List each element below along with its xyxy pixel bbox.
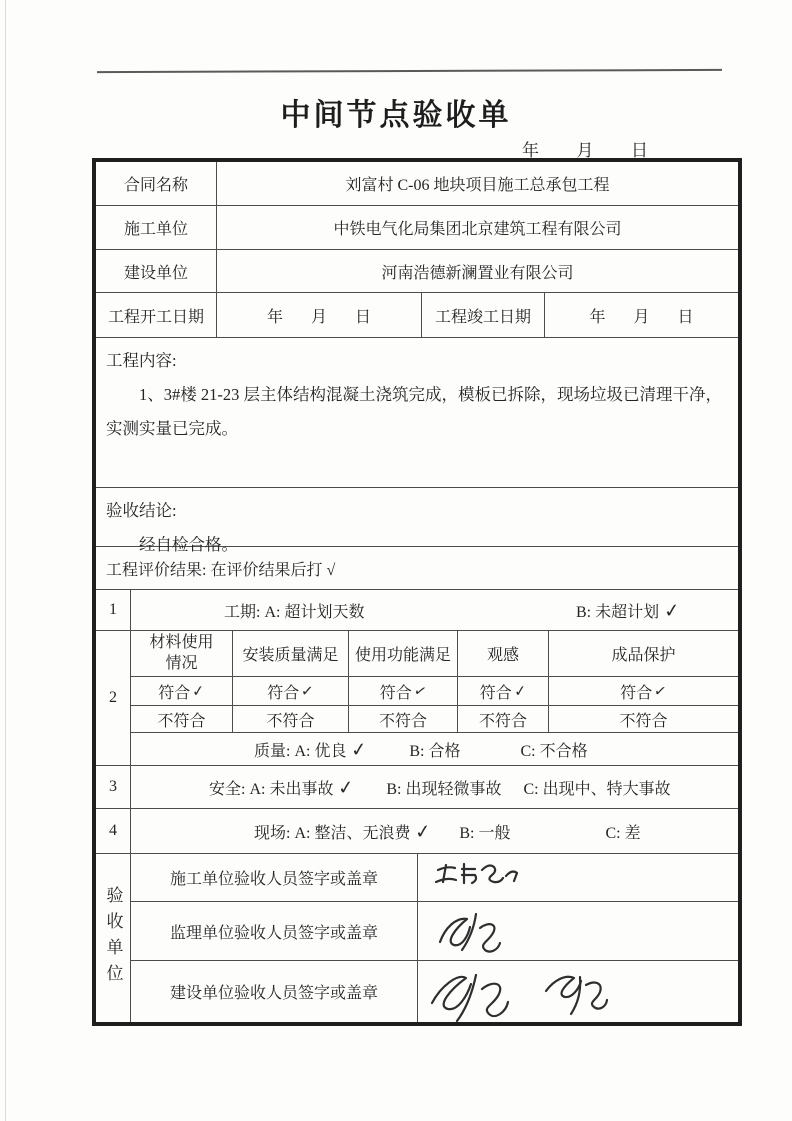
col-install-quality: 安装质量满足 bbox=[233, 631, 349, 676]
end-month: 月 bbox=[633, 304, 649, 327]
pass-label: 符合 bbox=[480, 680, 512, 703]
signature-side-label-text: 验收单位 bbox=[101, 886, 126, 990]
scanned-acceptance-form-page: 中间节点验收单 年 月 日 合同名称 刘富村 C-06 地块项目施工总承包工程 … bbox=[0, 0, 792, 1121]
pass-checkmark: ✓ bbox=[412, 681, 429, 702]
construction-signature-handwriting bbox=[418, 854, 718, 900]
project-content-text: 1、3#楼 21-23 层主体结构混凝土浇筑完成，模板已拆除，现场垃圾已清理干净… bbox=[106, 378, 728, 446]
evaluation-header-text: 工程评价结果: 在评价结果后打 √ bbox=[96, 547, 738, 589]
eval-row4-number: 4 bbox=[96, 809, 131, 853]
construction-signature-label: 施工单位验收人员签字或盖章 bbox=[131, 854, 418, 901]
schedule-option-b-text: B: 未超计划 bbox=[576, 604, 659, 621]
eval-row2-number: 2 bbox=[96, 631, 131, 765]
construction-unit-value: 中铁电气化局集团北京建筑工程有限公司 bbox=[217, 206, 738, 249]
start-date-label: 工程开工日期 bbox=[96, 293, 217, 337]
project-dates-row: 工程开工日期 年 月 日 工程竣工日期 年 月 日 bbox=[96, 293, 738, 338]
conclusion-label: 验收结论: bbox=[106, 494, 177, 528]
eval-row-safety: 3 安全: A: 未出事故✓ B: 出现轻微事故 C: 出现中、特大事故 bbox=[96, 766, 738, 809]
safety-option-c: C: 出现中、特大事故 bbox=[524, 776, 671, 799]
construction-unit-row: 施工单位 中铁电气化局集团北京建筑工程有限公司 bbox=[96, 206, 738, 250]
col-function: 使用功能满足 bbox=[349, 631, 458, 676]
pass-cell-material: 符合✓ bbox=[131, 677, 233, 705]
site-a-text: 现场: A: 整洁、无浪费 bbox=[254, 825, 410, 842]
quality-a-text: 质量: A: 优良 bbox=[254, 743, 346, 760]
pass-label: 符合 bbox=[380, 680, 412, 703]
site-option-a: 现场: A: 整洁、无浪费✓ bbox=[254, 820, 431, 843]
end-date-label: 工程竣工日期 bbox=[422, 293, 545, 337]
end-date-value: 年 月 日 bbox=[545, 293, 738, 337]
development-unit-value: 河南浩德新澜置业有限公司 bbox=[217, 250, 738, 292]
safety-option-a: 安全: A: 未出事故✓ bbox=[209, 776, 354, 799]
quality-a-checkmark: ✓ bbox=[350, 738, 368, 762]
construction-unit-label: 施工单位 bbox=[96, 206, 217, 249]
construction-signature-row: 施工单位验收人员签字或盖章 bbox=[131, 854, 738, 902]
eval-row-schedule: 1 工期: A: 超计划天数 B: 未超计划✓ bbox=[96, 590, 738, 631]
conclusion-row: 验收结论: 经自检合格。 bbox=[96, 488, 738, 547]
matrix-header-row: 材料使用情况 安装质量满足 使用功能满足 观感 成品保护 bbox=[131, 631, 738, 677]
col-product-protection: 成品保护 bbox=[549, 631, 738, 676]
pass-label: 符合 bbox=[158, 680, 190, 703]
eval-row-quality-matrix: 2 材料使用情况 安装质量满足 使用功能满足 观感 成品保护 符合✓ 符合✓ 符… bbox=[96, 631, 738, 766]
site-option-b: B: 一般 bbox=[459, 820, 510, 843]
project-content-cell: 工程内容: 1、3#楼 21-23 层主体结构混凝土浇筑完成，模板已拆除，现场垃… bbox=[96, 338, 738, 487]
end-day: 日 bbox=[678, 304, 694, 327]
eval-row-site: 4 现场: A: 整洁、无浪费✓ B: 一般 C: 差 bbox=[96, 809, 738, 854]
supervision-signature-handwriting bbox=[418, 902, 718, 960]
acceptance-form-table: 合同名称 刘富村 C-06 地块项目施工总承包工程 施工单位 中铁电气化局集团北… bbox=[92, 158, 742, 1026]
fail-cell-appearance: 不符合 bbox=[458, 706, 549, 732]
start-date-value: 年 月 日 bbox=[217, 293, 422, 337]
fail-cell-install: 不符合 bbox=[233, 706, 349, 732]
top-horizontal-rule bbox=[97, 69, 722, 73]
signature-rows: 施工单位验收人员签字或盖章 监理单位验收人员签字或盖章 bbox=[131, 854, 738, 1022]
pass-checkmark: ✓ bbox=[301, 682, 315, 701]
fail-cell-material: 不符合 bbox=[131, 706, 233, 732]
site-a-checkmark: ✓ bbox=[414, 820, 432, 844]
quality-option-c: C: 不合格 bbox=[521, 738, 588, 761]
col-appearance: 观感 bbox=[458, 631, 549, 676]
pass-label: 符合 bbox=[267, 680, 299, 703]
start-day: 日 bbox=[355, 304, 371, 327]
contract-name-row: 合同名称 刘富村 C-06 地块项目施工总承包工程 bbox=[96, 162, 738, 206]
pass-cell-function: 符合✓ bbox=[349, 677, 458, 705]
matrix-pass-row: 符合✓ 符合✓ 符合✓ 符合✓ 符合✓ bbox=[131, 677, 738, 706]
col-material-usage: 材料使用情况 bbox=[131, 631, 233, 676]
supervision-signature-label: 监理单位验收人员签字或盖章 bbox=[131, 902, 418, 960]
safety-a-text: 安全: A: 未出事故 bbox=[209, 781, 333, 798]
development-unit-row: 建设单位 河南浩德新澜置业有限公司 bbox=[96, 250, 738, 293]
safety-a-checkmark: ✓ bbox=[337, 776, 355, 800]
project-content-label: 工程内容: bbox=[106, 344, 177, 378]
end-year: 年 bbox=[589, 304, 605, 327]
pass-cell-install: 符合✓ bbox=[233, 677, 349, 705]
scan-edge-artifact bbox=[5, 0, 6, 1121]
pass-label: 符合 bbox=[620, 680, 652, 703]
schedule-b-checkmark: ✓ bbox=[663, 599, 681, 623]
quality-option-b: B: 合格 bbox=[409, 738, 460, 761]
conclusion-cell: 验收结论: 经自检合格。 bbox=[96, 488, 738, 546]
quality-option-a: 质量: A: 优良✓ bbox=[254, 738, 367, 761]
pass-cell-protection: 符合✓ bbox=[549, 677, 738, 705]
eval-row1-number: 1 bbox=[96, 590, 131, 630]
project-content-row: 工程内容: 1、3#楼 21-23 层主体结构混凝土浇筑完成，模板已拆除，现场垃… bbox=[96, 338, 738, 488]
development-signature-cell bbox=[418, 961, 738, 1022]
site-option-c: C: 差 bbox=[606, 820, 641, 843]
page-title: 中间节点验收单 bbox=[0, 90, 792, 134]
supervision-signature-cell bbox=[418, 902, 738, 960]
quality-grade-row: 质量: A: 优良✓ B: 合格 C: 不合格 bbox=[131, 733, 738, 765]
start-year: 年 bbox=[267, 304, 283, 327]
pass-checkmark: ✓ bbox=[653, 681, 668, 701]
pass-checkmark: ✓ bbox=[191, 681, 205, 700]
development-signature-label: 建设单位验收人员签字或盖章 bbox=[131, 961, 418, 1022]
eval-row4-content: 现场: A: 整洁、无浪费✓ B: 一般 C: 差 bbox=[131, 809, 738, 853]
construction-signature-cell bbox=[418, 854, 738, 901]
signature-section: 验收单位 施工单位验收人员签字或盖章 监理单位验收人员签字或盖章 bbox=[96, 854, 738, 1022]
quality-grade-cell: 质量: A: 优良✓ B: 合格 C: 不合格 bbox=[131, 733, 738, 765]
eval-row1-content: 工期: A: 超计划天数 B: 未超计划✓ bbox=[131, 590, 738, 630]
schedule-option-a: 工期: A: 超计划天数 bbox=[224, 599, 364, 622]
supervision-signature-row: 监理单位验收人员签字或盖章 bbox=[131, 902, 738, 961]
eval-row3-number: 3 bbox=[96, 766, 131, 808]
start-month: 月 bbox=[311, 304, 327, 327]
development-signature-handwriting bbox=[418, 961, 736, 1023]
contract-name-value: 刘富村 C-06 地块项目施工总承包工程 bbox=[217, 162, 738, 205]
fail-cell-function: 不符合 bbox=[349, 706, 458, 732]
schedule-option-b: B: 未超计划✓ bbox=[576, 599, 680, 622]
quality-matrix: 材料使用情况 安装质量满足 使用功能满足 观感 成品保护 符合✓ 符合✓ 符合✓… bbox=[131, 631, 738, 765]
development-unit-label: 建设单位 bbox=[96, 250, 217, 292]
pass-cell-appearance: 符合✓ bbox=[458, 677, 549, 705]
fail-cell-protection: 不符合 bbox=[549, 706, 738, 732]
eval-row3-content: 安全: A: 未出事故✓ B: 出现轻微事故 C: 出现中、特大事故 bbox=[131, 766, 738, 808]
development-signature-row: 建设单位验收人员签字或盖章 bbox=[131, 961, 738, 1022]
contract-name-label: 合同名称 bbox=[96, 162, 217, 205]
signature-side-label: 验收单位 bbox=[96, 854, 131, 1022]
pass-checkmark: ✓ bbox=[513, 681, 527, 700]
evaluation-header-row: 工程评价结果: 在评价结果后打 √ bbox=[96, 547, 738, 590]
safety-option-b: B: 出现轻微事故 bbox=[386, 776, 501, 799]
matrix-fail-row: 不符合 不符合 不符合 不符合 不符合 bbox=[131, 706, 738, 733]
